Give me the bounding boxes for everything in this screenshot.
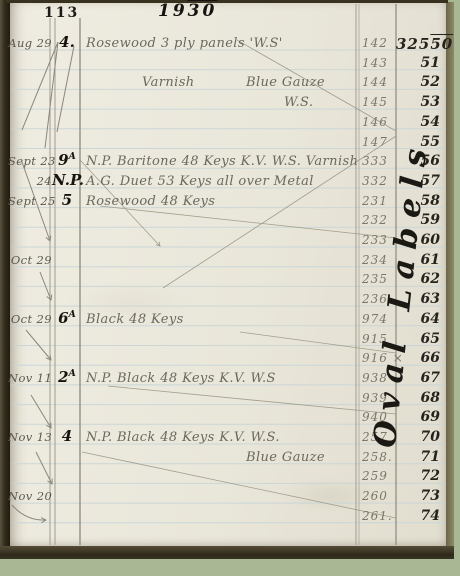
entry-description-right2: W.S. <box>284 95 313 110</box>
entry-date: Sept 23 <box>8 154 52 168</box>
ledger-row: Oct 29 234 61 <box>0 250 446 270</box>
entry-description-right: Blue Gauze <box>246 450 325 465</box>
serial-number: 74 <box>396 508 440 524</box>
stock-number: 142 <box>362 36 394 50</box>
entry-description-right: Blue Gauze <box>246 75 325 90</box>
entry-mark-number: 5 <box>52 191 82 209</box>
serial-number: 51 <box>396 55 440 71</box>
ledger-row: Nov 20 260 73 <box>0 486 446 506</box>
mark-base: 9 <box>58 151 68 169</box>
stock-number: 259 <box>362 469 394 483</box>
serial-number: 53 <box>396 94 440 110</box>
ledger-row: W.S. 145 53 <box>0 92 446 112</box>
ledger-row: 261. 74 <box>0 506 446 526</box>
ledger-row: 236 63 <box>0 289 446 309</box>
mark-superscript: A <box>69 309 76 320</box>
ledger-row: Aug 29 4. Rosewood 3 ply panels 'W.S' 14… <box>0 33 446 53</box>
entry-mark-number: 4. <box>52 33 82 51</box>
stock-number: 260 <box>362 489 394 503</box>
serial-number: 72 <box>396 468 440 484</box>
ledger-row: 233 60 <box>0 230 446 250</box>
entry-date: Sept 25 <box>8 194 52 208</box>
ledger-page-scan: 113 1930 Aug 29 4. Rosewood 3 ply panels… <box>0 0 460 576</box>
mark-base: N.P. <box>52 171 84 189</box>
mark-base: 4 <box>62 427 72 445</box>
entry-description: Rosewood 3 ply panels 'W.S' <box>86 36 283 51</box>
entry-description: Black 48 Keys <box>86 312 184 327</box>
entry-mark-number: 2A <box>52 368 82 386</box>
entry-date: Nov 13 <box>8 430 52 444</box>
entry-date: Nov 20 <box>8 489 52 503</box>
mark-superscript: A <box>69 368 76 379</box>
stock-number: 332 <box>362 174 394 188</box>
ledger-row: 232 59 <box>0 210 446 230</box>
entry-date: Aug 29 <box>8 36 52 50</box>
serial-number: 52 <box>396 74 440 90</box>
stock-number: 144 <box>362 75 394 89</box>
entry-date: Nov 11 <box>8 371 52 385</box>
entry-date: 24 <box>8 174 52 188</box>
ledger-row: Sept 23 9A N.P. Baritone 48 Keys K.V. W.… <box>0 151 446 171</box>
entry-description: Rosewood 48 Keys <box>86 194 215 209</box>
ledger-row: Sept 25 5 Rosewood 48 Keys 231 58 <box>0 191 446 211</box>
ledger-row: Varnish Blue Gauze 144 52 <box>0 72 446 92</box>
mark-base: 4. <box>59 33 75 51</box>
entry-description: N.P. Black 48 Keys K.V. W.S. <box>86 430 280 445</box>
stock-number: 146 <box>362 115 394 129</box>
ledger-row: 259 72 <box>0 466 446 486</box>
mark-base: 5 <box>62 191 72 209</box>
stock-number: 261. <box>362 509 394 523</box>
entry-date: Oct 29 <box>8 253 52 267</box>
ledger-row: 235 62 <box>0 269 446 289</box>
entry-mark-number: N.P. <box>52 171 82 189</box>
entry-mark-number: 9A <box>52 151 82 169</box>
entry-mark-number: 4 <box>52 427 82 445</box>
stock-number: 333 <box>362 154 394 168</box>
mark-base: 2 <box>58 368 68 386</box>
stock-number: 145 <box>362 95 394 109</box>
stock-number: 231 <box>362 194 394 208</box>
serial-number: 32550 <box>396 35 440 53</box>
ledger-row: 147 55 <box>0 132 446 152</box>
entry-description-mid: Varnish <box>142 75 195 90</box>
entry-description: A.G. Duet 53 Keys all over Metal <box>86 174 314 189</box>
ledger-row: 143 51 <box>0 53 446 73</box>
stock-number: 143 <box>362 56 394 70</box>
ledger-row: 146 54 <box>0 112 446 132</box>
mark-base: 6 <box>58 309 68 327</box>
entry-mark-number: 6A <box>52 309 82 327</box>
mark-superscript: A <box>69 151 76 162</box>
entry-description: N.P. Baritone 48 Keys K.V. W.S. Varnish <box>86 154 358 169</box>
entry-date: Oct 29 <box>8 312 52 326</box>
stock-number: 147 <box>362 135 394 149</box>
entry-description: N.P. Black 48 Keys K.V. W.S <box>86 371 276 386</box>
ledger-row: 24 N.P. A.G. Duet 53 Keys all over Metal… <box>0 171 446 191</box>
serial-number: 73 <box>396 488 440 504</box>
